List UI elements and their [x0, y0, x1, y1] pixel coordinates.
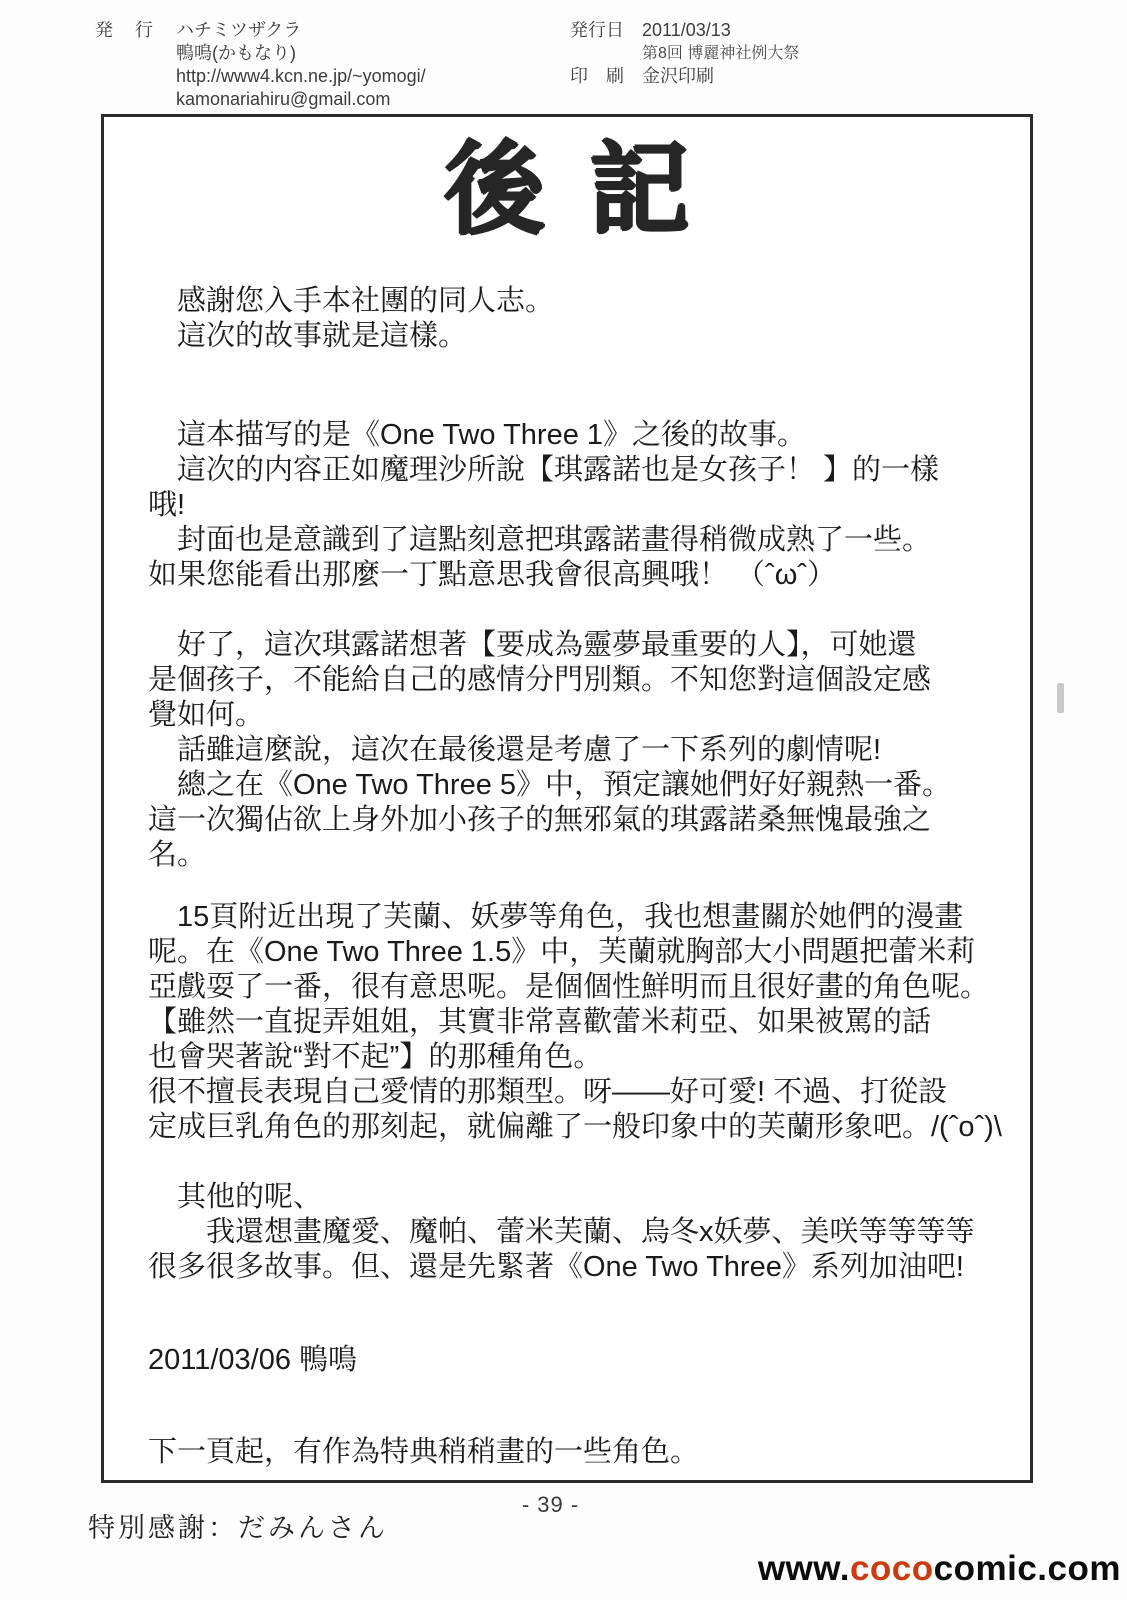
next-page-note: 下一頁起，有作為特典稍稍畫的一些角色。 [148, 1435, 1000, 1470]
afterword-paragraph-future: 其他的呢、 我還想畫魔愛、魔帕、蕾米芙蘭、烏冬x妖夢、美咲等等等等 很多很多故事… [148, 1180, 1000, 1285]
printer-name: 金沢印刷 [642, 65, 799, 88]
scan-artifact [1057, 683, 1064, 713]
printer-label: 印 刷 [570, 65, 642, 88]
special-thanks-credit: 特別感謝：だみんさん [88, 1506, 388, 1545]
afterword-paragraph-cirno: 好了，這次琪露諾想著【要成為靈夢最重要的人】，可她還 是個孩子，不能給自己的感情… [148, 628, 1000, 873]
website-url: http://www4.kcn.ne.jp/~yomogi/ [176, 65, 426, 88]
circle-name: ハチミツザクラ [176, 19, 426, 42]
watermark-highlight: coco [850, 1549, 934, 1588]
publisher-label: 発 行 [95, 19, 155, 111]
afterword-content: 感謝您入手本社團的同人志。 這次的故事就是這樣。 這本描写的是《One Two … [104, 284, 1030, 1470]
colophon-publication-block: 発行日 2011/03/13 第8回 博麗神社例大祭 印 刷 金沢印刷 [570, 19, 799, 88]
watermark-suffix: comic.com [934, 1549, 1121, 1588]
watermark-prefix: www. [758, 1549, 850, 1588]
afterword-title: 後記 [104, 133, 1030, 248]
colophon-publisher-block: 発 行 ハチミツザクラ 鴨鳴(かもなり) http://www4.kcn.ne.… [95, 19, 426, 111]
afterword-paragraph-thanks: 感謝您入手本社團的同人志。 這次的故事就是這樣。 [148, 284, 1000, 354]
watermark: www.cococomic.com [758, 1549, 1121, 1589]
afterword-box: 後記 感謝您入手本社團的同人志。 這次的故事就是這樣。 這本描写的是《One T… [101, 114, 1033, 1483]
afterword-paragraph-flandre: 15頁附近出現了芙蘭、妖夢等角色，我也想畫關於她們的漫畫 呢。在《One Two… [148, 900, 1000, 1145]
event-name: 第8回 博麗神社例大祭 [642, 42, 799, 65]
issue-date-label: 発行日 [570, 19, 642, 42]
afterword-paragraph-story: 這本描写的是《One Two Three 1》之後的故事。 這次的内容正如魔理沙… [148, 418, 1000, 593]
signature-date: 2011/03/06 鴨鳴 [148, 1343, 1000, 1378]
artist-name: 鴨鳴(かもなり) [176, 42, 426, 65]
email-address: kamonariahiru@gmail.com [176, 88, 426, 111]
issue-date: 2011/03/13 [642, 19, 799, 42]
